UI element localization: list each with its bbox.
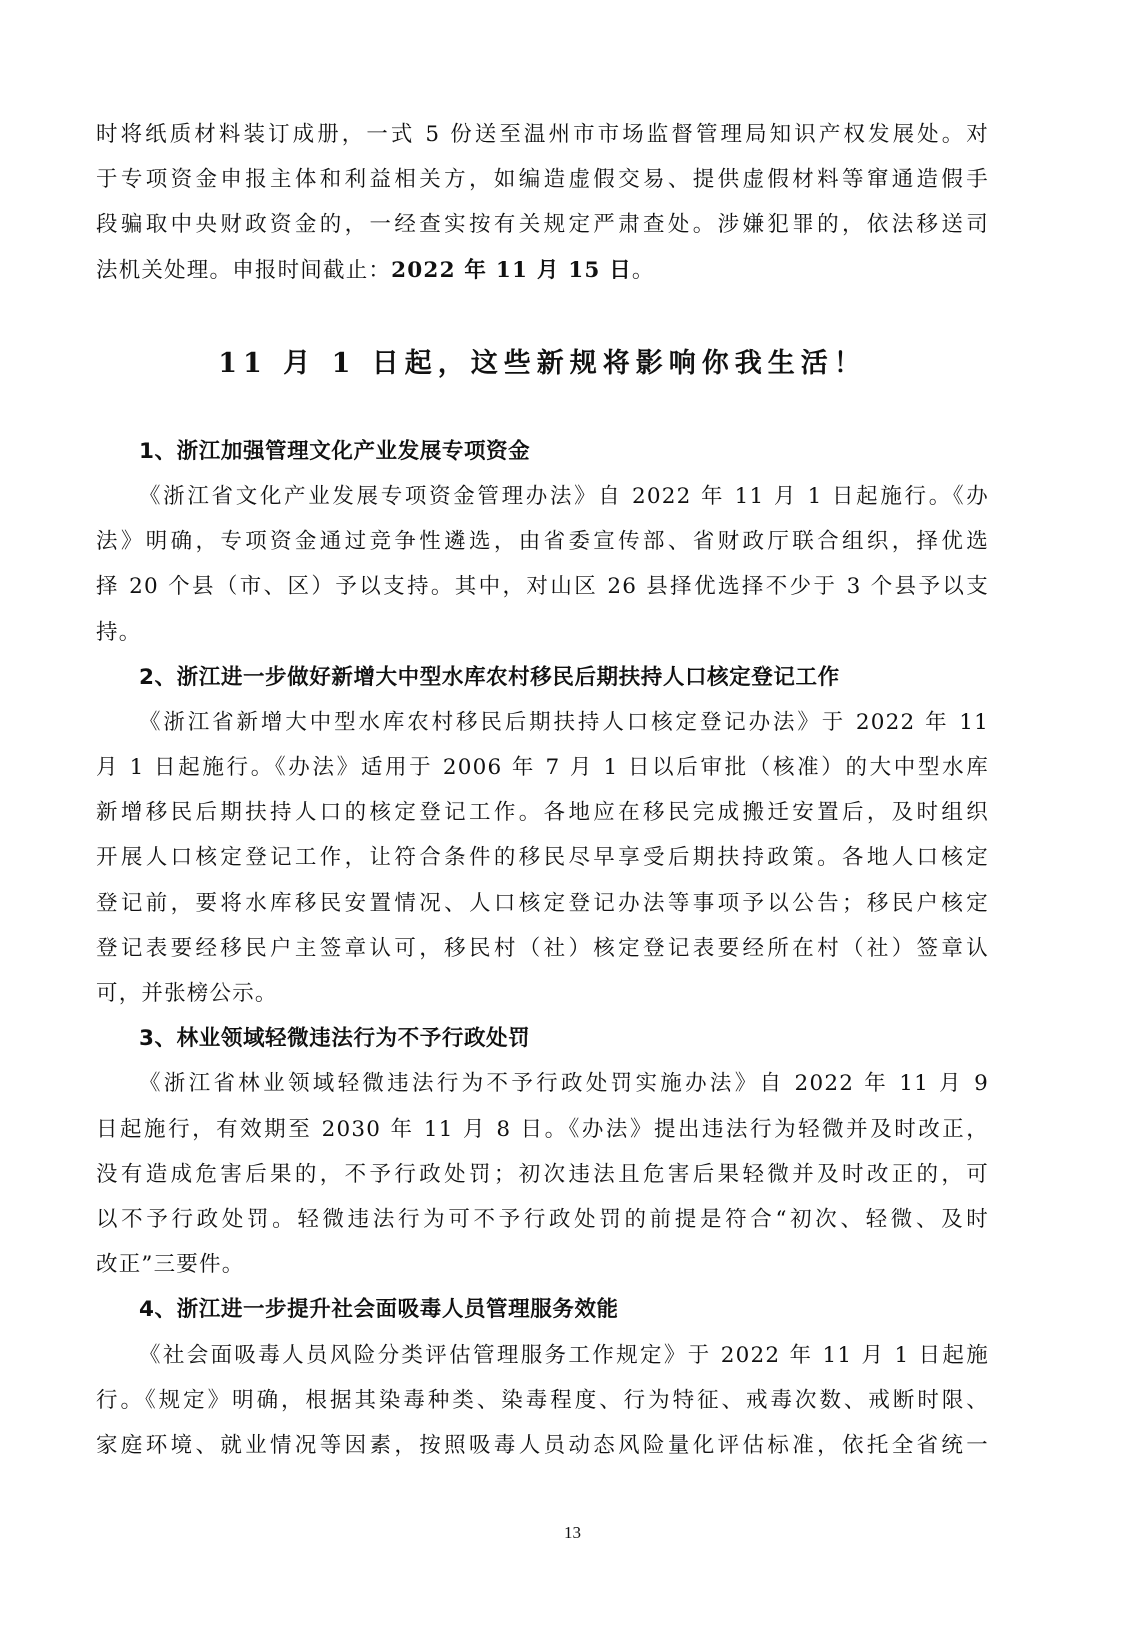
section-3: 3、林业领域轻微违法行为不予行政处罚 《浙江省林业领域轻微违法行为不予行政处罚实… (96, 1016, 989, 1287)
section-heading: 4、浙江进一步提升社会面吸毒人员管理服务效能 (96, 1287, 989, 1332)
paragraph-line: 法机关处理。申报时间截止：2022 年 11 月 15 日。 (96, 248, 989, 293)
article-title: 11 月 1 日起，这些新规将影响你我生活！ (96, 337, 989, 391)
paragraph-line: 日起施行，有效期至 2030 年 11 月 8 日。《办法》提出违法行为轻微并及… (96, 1107, 989, 1152)
paragraph-line: 于专项资金申报主体和利益相关方，如编造虚假交易、提供虚假材料等窜通造假手 (96, 157, 989, 202)
deadline-label: 法机关处理。申报时间截止： (96, 258, 391, 283)
page-content: 时将纸质材料装订成册，一式 5 份送至温州市市场监督管理局知识产权发展处。对 于… (96, 112, 989, 1468)
section-heading: 2、浙江进一步做好新增大中型水库农村移民后期扶持人口核定登记工作 (96, 655, 989, 700)
intro-paragraph: 时将纸质材料装订成册，一式 5 份送至温州市市场监督管理局知识产权发展处。对 于… (96, 112, 989, 293)
paragraph-line: 行。《规定》明确，根据其染毒种类、染毒程度、行为特征、戒毒次数、戒断时限、 (96, 1378, 989, 1423)
paragraph-line: 登记表要经移民户主签章认可，移民村（社）核定登记表要经所在村（社）签章认 (96, 926, 989, 971)
paragraph-line: 法》明确，专项资金通过竞争性遴选，由省委宣传部、省财政厅联合组织，择优选 (96, 519, 989, 564)
paragraph-line: 时将纸质材料装订成册，一式 5 份送至温州市市场监督管理局知识产权发展处。对 (96, 112, 989, 157)
paragraph-line: 以不予行政处罚。轻微违法行为可不予行政处罚的前提是符合“初次、轻微、及时 (96, 1197, 989, 1242)
paragraph-line: 《浙江省林业领域轻微违法行为不予行政处罚实施办法》自 2022 年 11 月 9 (96, 1061, 989, 1106)
paragraph-line: 可，并张榜公示。 (96, 971, 989, 1016)
paragraph-line: 登记前，要将水库移民安置情况、人口核定登记办法等事项予以公告；移民户核定 (96, 881, 989, 926)
paragraph-line: 《社会面吸毒人员风险分类评估管理服务工作规定》于 2022 年 11 月 1 日… (96, 1333, 989, 1378)
paragraph-line: 家庭环境、就业情况等因素，按照吸毒人员动态风险量化评估标准，依托全省统一 (96, 1423, 989, 1468)
paragraph-line: 《浙江省新增大中型水库农村移民后期扶持人口核定登记办法》于 2022 年 11 (96, 700, 989, 745)
paragraph-line: 开展人口核定登记工作，让符合条件的移民尽早享受后期扶持政策。各地人口核定 (96, 835, 989, 880)
paragraph-line: 没有造成危害后果的，不予行政处罚；初次违法且危害后果轻微并及时改正的，可 (96, 1152, 989, 1197)
paragraph-line: 《浙江省文化产业发展专项资金管理办法》自 2022 年 11 月 1 日起施行。… (96, 474, 989, 519)
paragraph-line: 新增移民后期扶持人口的核定登记工作。各地应在移民完成搬迁安置后，及时组织 (96, 790, 989, 835)
section-heading: 3、林业领域轻微违法行为不予行政处罚 (96, 1016, 989, 1061)
paragraph-line: 择 20 个县（市、区）予以支持。其中，对山区 26 县择优选择不少于 3 个县… (96, 564, 989, 609)
section-heading: 1、浙江加强管理文化产业发展专项资金 (96, 429, 989, 474)
deadline-suffix: 。 (632, 258, 655, 283)
document-page: 时将纸质材料装订成册，一式 5 份送至温州市市场监督管理局知识产权发展处。对 于… (0, 0, 1145, 1640)
paragraph-line: 段骗取中央财政资金的，一经查实按有关规定严肃查处。涉嫌犯罪的，依法移送司 (96, 202, 989, 247)
section-1: 1、浙江加强管理文化产业发展专项资金 《浙江省文化产业发展专项资金管理办法》自 … (96, 429, 989, 655)
section-2: 2、浙江进一步做好新增大中型水库农村移民后期扶持人口核定登记工作 《浙江省新增大… (96, 655, 989, 1017)
paragraph-line: 改正”三要件。 (96, 1242, 989, 1287)
section-4: 4、浙江进一步提升社会面吸毒人员管理服务效能 《社会面吸毒人员风险分类评估管理服… (96, 1287, 989, 1468)
paragraph-line: 持。 (96, 610, 989, 655)
paragraph-line: 月 1 日起施行。《办法》适用于 2006 年 7 月 1 日以后审批（核准）的… (96, 745, 989, 790)
page-number: 13 (0, 1523, 1145, 1543)
deadline-date: 2022 年 11 月 15 日 (391, 258, 632, 283)
